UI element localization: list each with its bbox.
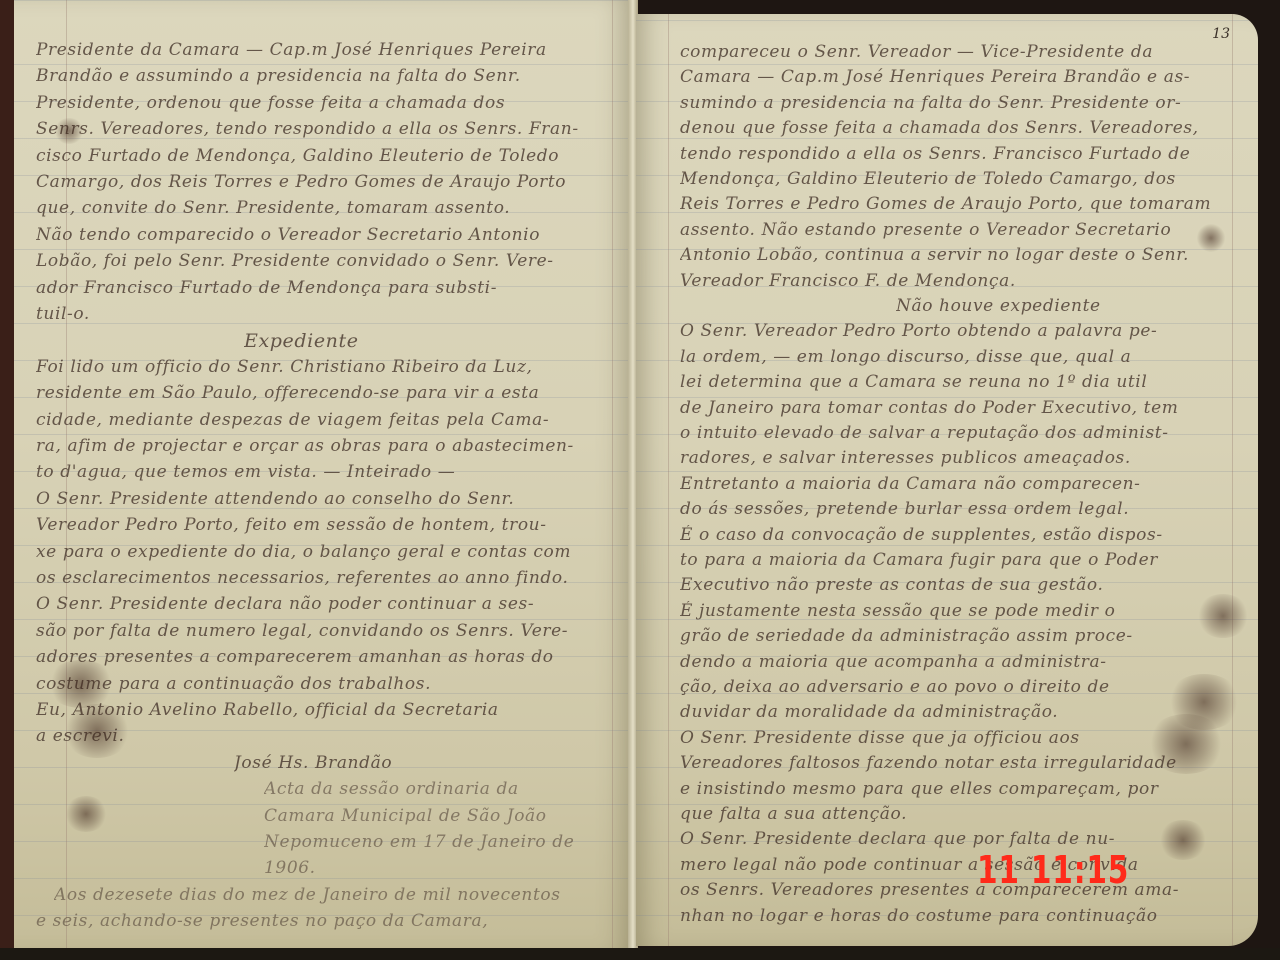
handwritten-line: Lobão, foi pelo Senr. Presidente convida…	[36, 251, 616, 271]
handwritten-line: Vereador Francisco F. de Mendonça.	[680, 271, 1240, 291]
handwritten-line: mero legal não pode continuar a sessão e…	[680, 855, 1240, 875]
handwritten-line: O Senr. Presidente declara que por falta…	[680, 829, 1240, 849]
ink-stain	[64, 796, 108, 832]
handwritten-line: duvidar da moralidade da administração.	[680, 702, 1240, 722]
ink-stain	[1196, 224, 1226, 252]
handwritten-line: ra, afim de projectar e orçar as obras p…	[36, 436, 616, 456]
ink-stain	[1158, 820, 1208, 860]
ink-stain	[1146, 714, 1226, 774]
handwritten-line: de Janeiro para tomar contas do Poder Ex…	[680, 398, 1240, 418]
camera-date-stamp: 11 11:15	[977, 848, 1129, 892]
handwritten-line: la ordem, — em longo discurso, disse que…	[680, 347, 1240, 367]
handwritten-line: denou que fosse feita a chamada dos Senr…	[680, 118, 1240, 138]
handwritten-line: Vereador Pedro Porto, feito em sessão de…	[36, 515, 616, 535]
handwritten-line: que, convite do Senr. Presidente, tomara…	[36, 198, 616, 218]
photographed-ledger: Presidente da Camara — Cap.m José Henriq…	[0, 0, 1280, 960]
handwritten-line: os esclarecimentos necessarios, referent…	[36, 568, 616, 588]
handwritten-line: É o caso da convocação de supplentes, es…	[680, 525, 1240, 545]
handwritten-line: Foi lido um officio do Senr. Christiano …	[36, 357, 616, 377]
handwritten-line: Não tendo comparecido o Vereador Secreta…	[36, 225, 616, 245]
page-number: 13	[1212, 26, 1230, 42]
handwritten-line: Expediente	[244, 330, 616, 352]
handwritten-line: compareceu o Senr. Vereador — Vice-Presi…	[680, 42, 1240, 62]
handwritten-line: Senrs. Vereadores, tendo respondido a el…	[36, 119, 616, 139]
ink-stain	[62, 704, 132, 758]
handwritten-line: Camargo, dos Reis Torres e Pedro Gomes d…	[36, 172, 616, 192]
handwritten-line: Aos dezesete dias do mez de Janeiro de m…	[54, 885, 616, 905]
handwritten-line: e insistindo mesmo para que elles compar…	[680, 779, 1240, 799]
handwritten-line: adores presentes a comparecerem amanhan …	[36, 647, 616, 667]
handwritten-line: tendo respondido a ella os Senrs. Franci…	[680, 144, 1240, 164]
handwritten-line: Executivo não preste as contas de sua ge…	[680, 575, 1240, 595]
handwritten-line: que falta a sua attenção.	[680, 804, 1240, 824]
left-margin-rule	[668, 14, 669, 946]
handwritten-line: Camara — Cap.m José Henriques Pereira Br…	[680, 67, 1240, 87]
handwritten-line: Brandão e assumindo a presidencia na fal…	[36, 66, 616, 86]
left-page: Presidente da Camara — Cap.m José Henriq…	[14, 0, 630, 952]
handwritten-line: Antonio Lobão, continua a servir no loga…	[680, 245, 1240, 265]
handwritten-line: Mendonça, Galdino Eleuterio de Toledo Ca…	[680, 169, 1240, 189]
handwritten-line: radores, e salvar interesses publicos am…	[680, 448, 1240, 468]
handwritten-line: ador Francisco Furtado de Mendonça para …	[36, 278, 616, 298]
handwritten-line: grão de seriedade da administração assim…	[680, 626, 1240, 646]
handwritten-line: tuil-o.	[36, 304, 616, 324]
right-page: 13 compareceu o Senr. Vereador — Vice-Pr…	[636, 14, 1258, 946]
handwritten-line: sumindo a presidencia na falta do Senr. …	[680, 93, 1240, 113]
handwritten-line: e seis, achando-se presentes no paço da …	[36, 911, 616, 931]
handwritten-line: dendo a maioria que acompanha a administ…	[680, 652, 1240, 672]
handwritten-line: o intuito elevado de salvar a reputação …	[680, 423, 1240, 443]
handwritten-line: O Senr. Vereador Pedro Porto obtendo a p…	[680, 321, 1240, 341]
handwritten-line: Presidente, ordenou que fosse feita a ch…	[36, 93, 616, 113]
handwritten-line: Não houve expediente	[896, 296, 1240, 316]
handwritten-line: Acta da sessão ordinaria da	[264, 779, 616, 799]
handwritten-line: Camara Municipal de São João	[264, 806, 616, 826]
handwritten-line: Reis Torres e Pedro Gomes de Araujo Port…	[680, 194, 1240, 214]
handwritten-line: os Senrs. Vereadores presentes a compare…	[680, 880, 1240, 900]
handwritten-line: Entretanto a maioria da Camara não compa…	[680, 474, 1240, 494]
handwritten-line: O Senr. Presidente attendendo ao conselh…	[36, 489, 616, 509]
handwritten-line: cidade, mediante despezas de viagem feit…	[36, 410, 616, 430]
handwritten-line: cisco Furtado de Mendonça, Galdino Eleut…	[36, 146, 616, 166]
table-surface	[0, 948, 1280, 960]
ink-stain	[54, 118, 84, 144]
ink-stain	[1196, 594, 1250, 638]
ledger-cover-edge	[0, 0, 14, 960]
handwritten-line: lei determina que a Camara se reuna no 1…	[680, 372, 1240, 392]
handwritten-line: residente em São Paulo, offerecendo-se p…	[36, 383, 616, 403]
handwritten-line: 1906.	[264, 858, 616, 878]
handwritten-line: nhan no logar e horas do costume para co…	[680, 906, 1240, 926]
handwritten-line: são por falta de numero legal, convidand…	[36, 621, 616, 641]
handwritten-line: Nepomuceno em 17 de Janeiro de	[264, 832, 616, 852]
handwritten-line: to para a maioria da Camara fugir para q…	[680, 550, 1240, 570]
handwritten-line: xe para o expediente do dia, o balanço g…	[36, 542, 616, 562]
handwritten-line: to d'agua, que temos em vista. — Inteira…	[36, 462, 616, 482]
handwritten-line: costume para a continuação dos trabalhos…	[36, 674, 616, 694]
handwritten-line: Presidente da Camara — Cap.m José Henriq…	[36, 40, 616, 60]
handwritten-line: É justamente nesta sessão que se pode me…	[680, 601, 1240, 621]
handwritten-line: José Hs. Brandão	[234, 753, 616, 773]
handwritten-line: ção, deixa ao adversario e ao povo o dir…	[680, 677, 1240, 697]
handwritten-line: assento. Não estando presente o Vereador…	[680, 220, 1240, 240]
handwritten-line: O Senr. Presidente declara não poder con…	[36, 594, 616, 614]
ink-stain	[46, 660, 116, 708]
handwritten-line: do ás sessões, pretende burlar essa orde…	[680, 499, 1240, 519]
